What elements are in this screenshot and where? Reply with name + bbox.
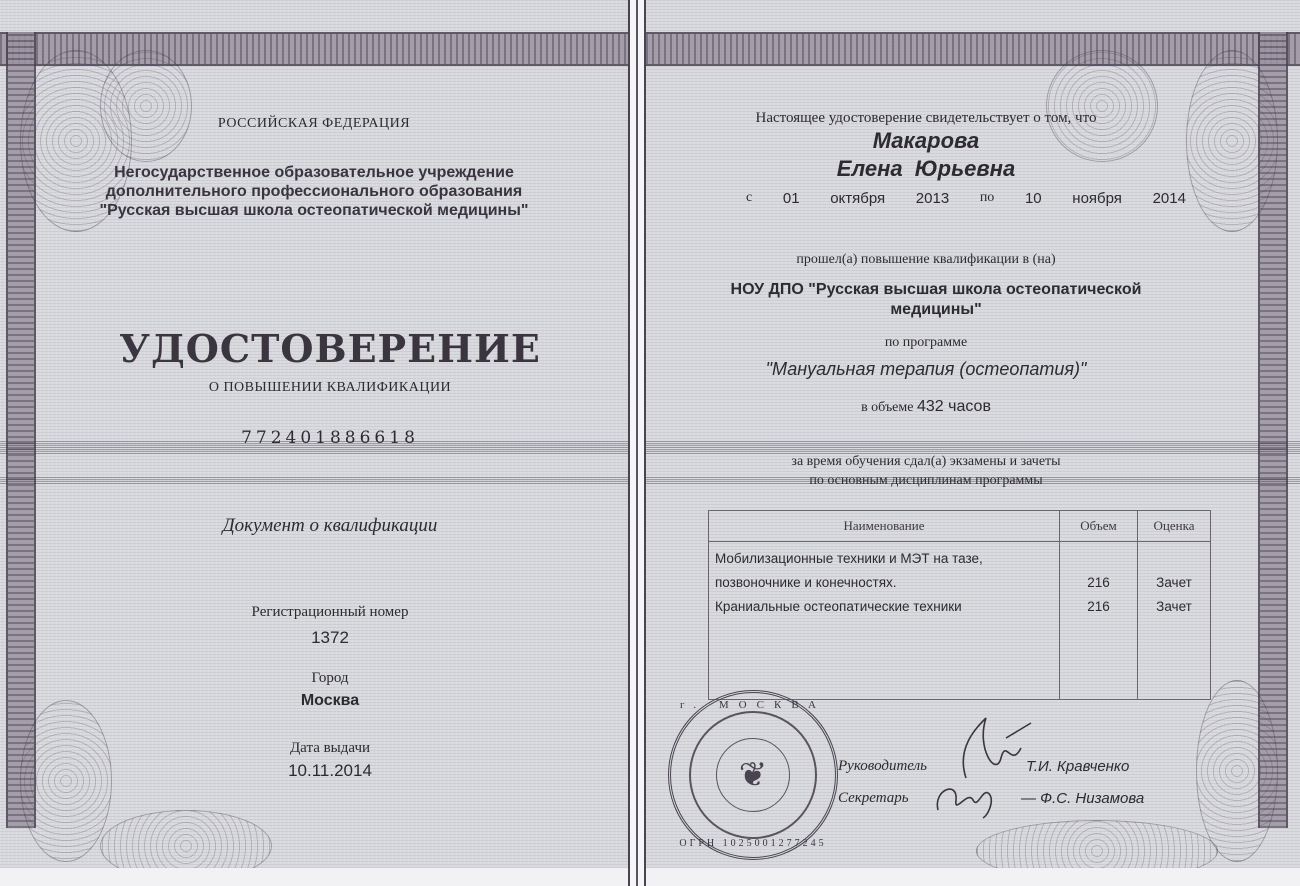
volume-value: 432 часов [917, 398, 991, 415]
table-empty-row [709, 614, 1211, 700]
guilloche-ornament-icon [976, 820, 1218, 868]
discipline-grade [1138, 542, 1211, 567]
secretary-signature-icon [928, 770, 1008, 820]
issuing-organization: Негосударственное образовательное учрежд… [0, 163, 628, 220]
certificate-cover-page: РОССИЙСКАЯ ФЕДЕРАЦИЯ Негосударственное о… [0, 0, 628, 868]
qualification-document-label: Документ о квалификации [0, 515, 628, 537]
director-role: Руководитель [838, 758, 927, 775]
column-header-grade: Оценка [1138, 511, 1211, 542]
training-institution: НОУ ДПО "Русская высшая школа остеопатич… [686, 280, 1186, 320]
discipline-name: Краниальные остеопатические техники [709, 590, 1060, 614]
period-to-year: 2014 [1153, 190, 1186, 207]
period-from-year: 2013 [916, 190, 949, 207]
period-to-month: ноября [1072, 190, 1122, 207]
country-name: РОССИЙСКАЯ ФЕДЕРАЦИЯ [0, 116, 628, 132]
exams-line: за время обучения сдал(а) экзамены и зач… [696, 452, 1156, 471]
program-volume: в объеме 432 часов [696, 398, 1156, 416]
registration-number: 1372 [0, 628, 628, 648]
holder-given-names: Елена Юрьевна [696, 156, 1156, 182]
empty-cell [709, 614, 1060, 700]
official-seal: г. МОСКВА ❦ ОГРН 1025001277245 [668, 690, 838, 860]
volume-label: в объеме [861, 400, 913, 415]
document-subtitle: О ПОВЫШЕНИИ КВАЛИФИКАЦИИ [0, 380, 628, 396]
empty-cell [1060, 614, 1138, 700]
city-label: Город [0, 670, 628, 687]
program-label: по программе [696, 335, 1156, 351]
holder-surname: Макарова [696, 128, 1156, 154]
table-row: Краниальные остеопатические техники 216 … [709, 590, 1211, 614]
period-to-label: по [980, 190, 995, 207]
discipline-volume [1060, 542, 1138, 567]
exams-statement: за время обучения сдал(а) экзамены и зач… [696, 452, 1156, 490]
study-period: с 01 октября 2013 по 10 ноября 2014 [746, 190, 1186, 207]
org-line: Негосударственное образовательное учрежд… [0, 163, 628, 182]
certificate-content-page: Настоящее удостоверение свидетельствует … [646, 0, 1300, 868]
guilloche-ornament-icon [100, 810, 272, 868]
period-from-label: с [746, 190, 752, 207]
city: Москва [0, 692, 628, 710]
org-line: дополнительного профессионального образо… [0, 182, 628, 201]
guilloche-ornament-icon [20, 700, 112, 862]
seal-ogrn-text: ОГРН 1025001277245 [671, 838, 835, 849]
secretary-role: Секретарь [838, 790, 909, 807]
issue-date: 10.11.2014 [0, 761, 628, 781]
exams-line: по основным дисциплинам программы [696, 471, 1156, 490]
certification-intro: Настоящее удостоверение свидетельствует … [696, 110, 1156, 127]
period-from-day: 01 [783, 190, 800, 207]
discipline-volume: 216 [1060, 590, 1138, 614]
seal-city-text: г. МОСКВА [671, 699, 835, 711]
discipline-grade: Зачет [1138, 566, 1211, 590]
book-spine [628, 0, 646, 886]
column-header-name: Наименование [709, 511, 1060, 542]
guilloche-ornament-icon [1196, 680, 1278, 862]
period-to-day: 10 [1025, 190, 1042, 207]
discipline-name: позвоночнике и конечностях. [709, 566, 1060, 590]
org-line: "Русская высшая школа остеопатической ме… [0, 201, 628, 220]
guilloche-ornament-icon [1186, 50, 1278, 232]
secretary-name: — Ф.С. Низамова [1021, 790, 1144, 807]
document-title: УДОСТОВЕРЕНИЕ [0, 326, 628, 371]
empty-cell [1138, 614, 1211, 700]
discipline-name: Мобилизационные техники и МЭТ на тазе, [709, 542, 1060, 567]
column-header-volume: Объем [1060, 511, 1138, 542]
scan-artifact [0, 476, 628, 484]
director-name: Т.И. Кравченко [1026, 758, 1129, 775]
period-from-month: октября [830, 190, 885, 207]
ornamental-border-top [646, 32, 1300, 66]
coat-of-arms-icon: ❦ [671, 755, 835, 795]
discipline-volume: 216 [1060, 566, 1138, 590]
table-row: Мобилизационные техники и МЭТ на тазе, [709, 542, 1211, 567]
secretary-name-text: Ф.С. Низамова [1040, 790, 1144, 807]
discipline-grade: Зачет [1138, 590, 1211, 614]
passed-statement: прошел(а) повышение квалификации в (на) [696, 252, 1156, 268]
guilloche-ornament-icon [100, 50, 192, 162]
issue-date-label: Дата выдачи [0, 740, 628, 757]
serial-number: 772401886618 [0, 428, 628, 448]
table-header-row: Наименование Объем Оценка [709, 511, 1211, 542]
program-name: "Мануальная терапия (остеопатия)" [696, 359, 1156, 380]
registration-number-label: Регистрационный номер [0, 604, 628, 621]
disciplines-table: Наименование Объем Оценка Мобилизационны… [708, 510, 1211, 700]
table-row: позвоночнике и конечностях. 216 Зачет [709, 566, 1211, 590]
